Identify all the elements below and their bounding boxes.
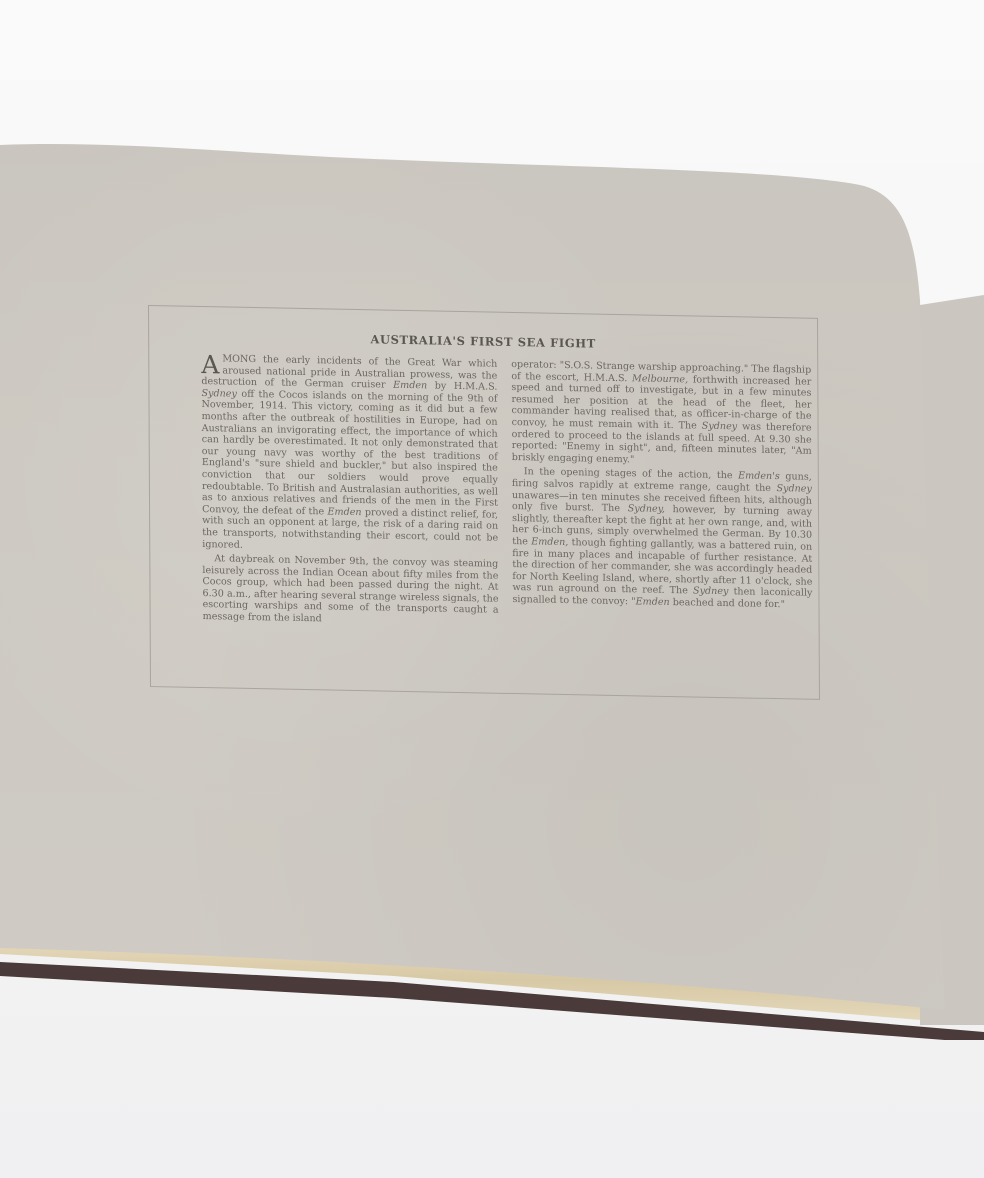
- left-column: AMONG the early incidents of the Great W…: [201, 353, 498, 631]
- article-title: AUSTRALIA'S FIRST SEA FIGHT: [149, 328, 817, 355]
- paragraph: AMONG the early incidents of the Great W…: [201, 353, 498, 556]
- photo-scene: AUSTRALIA'S FIRST SEA FIGHT AMONG the ea…: [0, 0, 984, 1178]
- paragraph: operator: "S.O.S. Strange warship approa…: [511, 359, 812, 469]
- drop-cap: A: [201, 355, 219, 375]
- text-panel-frame: AUSTRALIA'S FIRST SEA FIGHT AMONG the ea…: [148, 305, 820, 700]
- paragraph: At daybreak on November 9th, the convoy …: [202, 553, 498, 628]
- paragraph: In the opening stages of the action, the…: [512, 466, 813, 611]
- right-column: operator: "S.O.S. Strange warship approa…: [511, 359, 812, 614]
